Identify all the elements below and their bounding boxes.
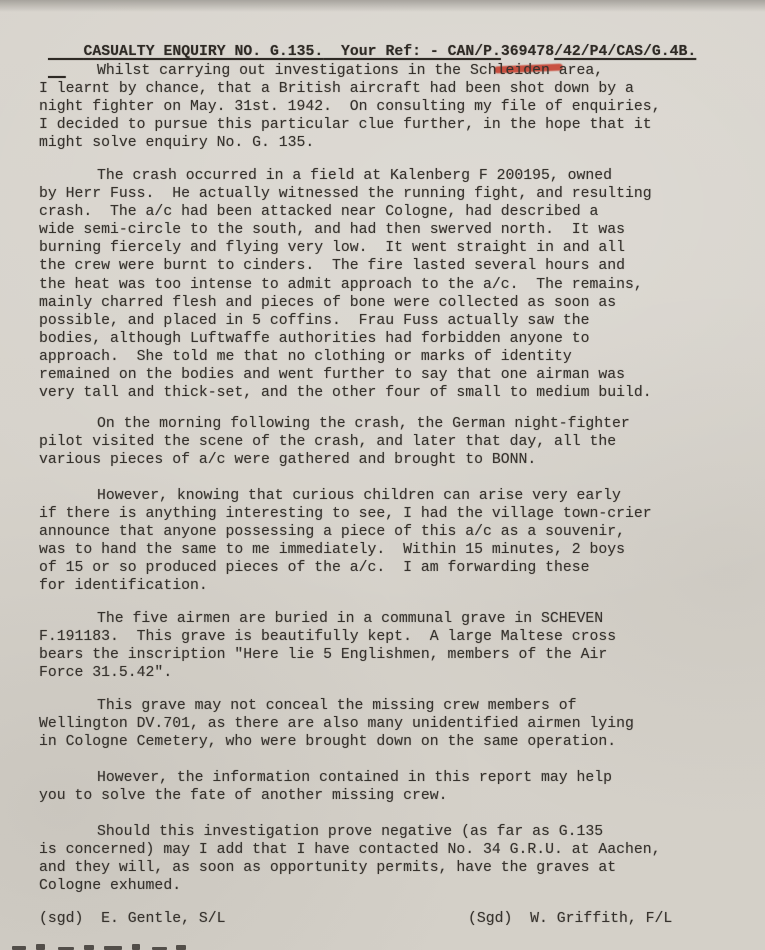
header-ref-suffix: /42/P4/CAS/G.4B. [554, 44, 696, 60]
cut-off-text-marks [0, 941, 300, 950]
header-ref-number: 369478 [501, 43, 554, 61]
paragraph-investigations: Whilst carrying out investigations in th… [39, 62, 719, 152]
scan-edge-shadow [0, 0, 765, 12]
header-ref-number-text: 369478 [501, 44, 554, 60]
paragraph-missing-crew: This grave may not conceal the missing c… [39, 697, 719, 751]
header-ref-label: Your Ref: - CAN/P. [323, 44, 501, 60]
paragraph-morning-after: On the morning following the crash, the … [39, 415, 719, 469]
scanned-document-page: CASUALTY ENQUIRY NO. G.135. Your Ref: - … [0, 0, 765, 950]
paragraph-report-help: However, the information contained in th… [39, 769, 719, 805]
header-title: CASUALTY ENQUIRY NO. G.135. [84, 44, 324, 60]
paragraph-exhumation: Should this investigation prove negative… [39, 823, 719, 895]
paragraph-town-crier: However, knowing that curious children c… [39, 487, 719, 596]
signature-left: (sgd) E. Gentle, S/L [39, 910, 225, 928]
paragraph-communal-grave: The five airmen are buried in a communal… [39, 610, 719, 682]
signature-right: (Sgd) W. Griffith, F/L [468, 910, 672, 928]
paragraph-crash-account: The crash occurred in a field at Kalenbe… [39, 167, 719, 402]
